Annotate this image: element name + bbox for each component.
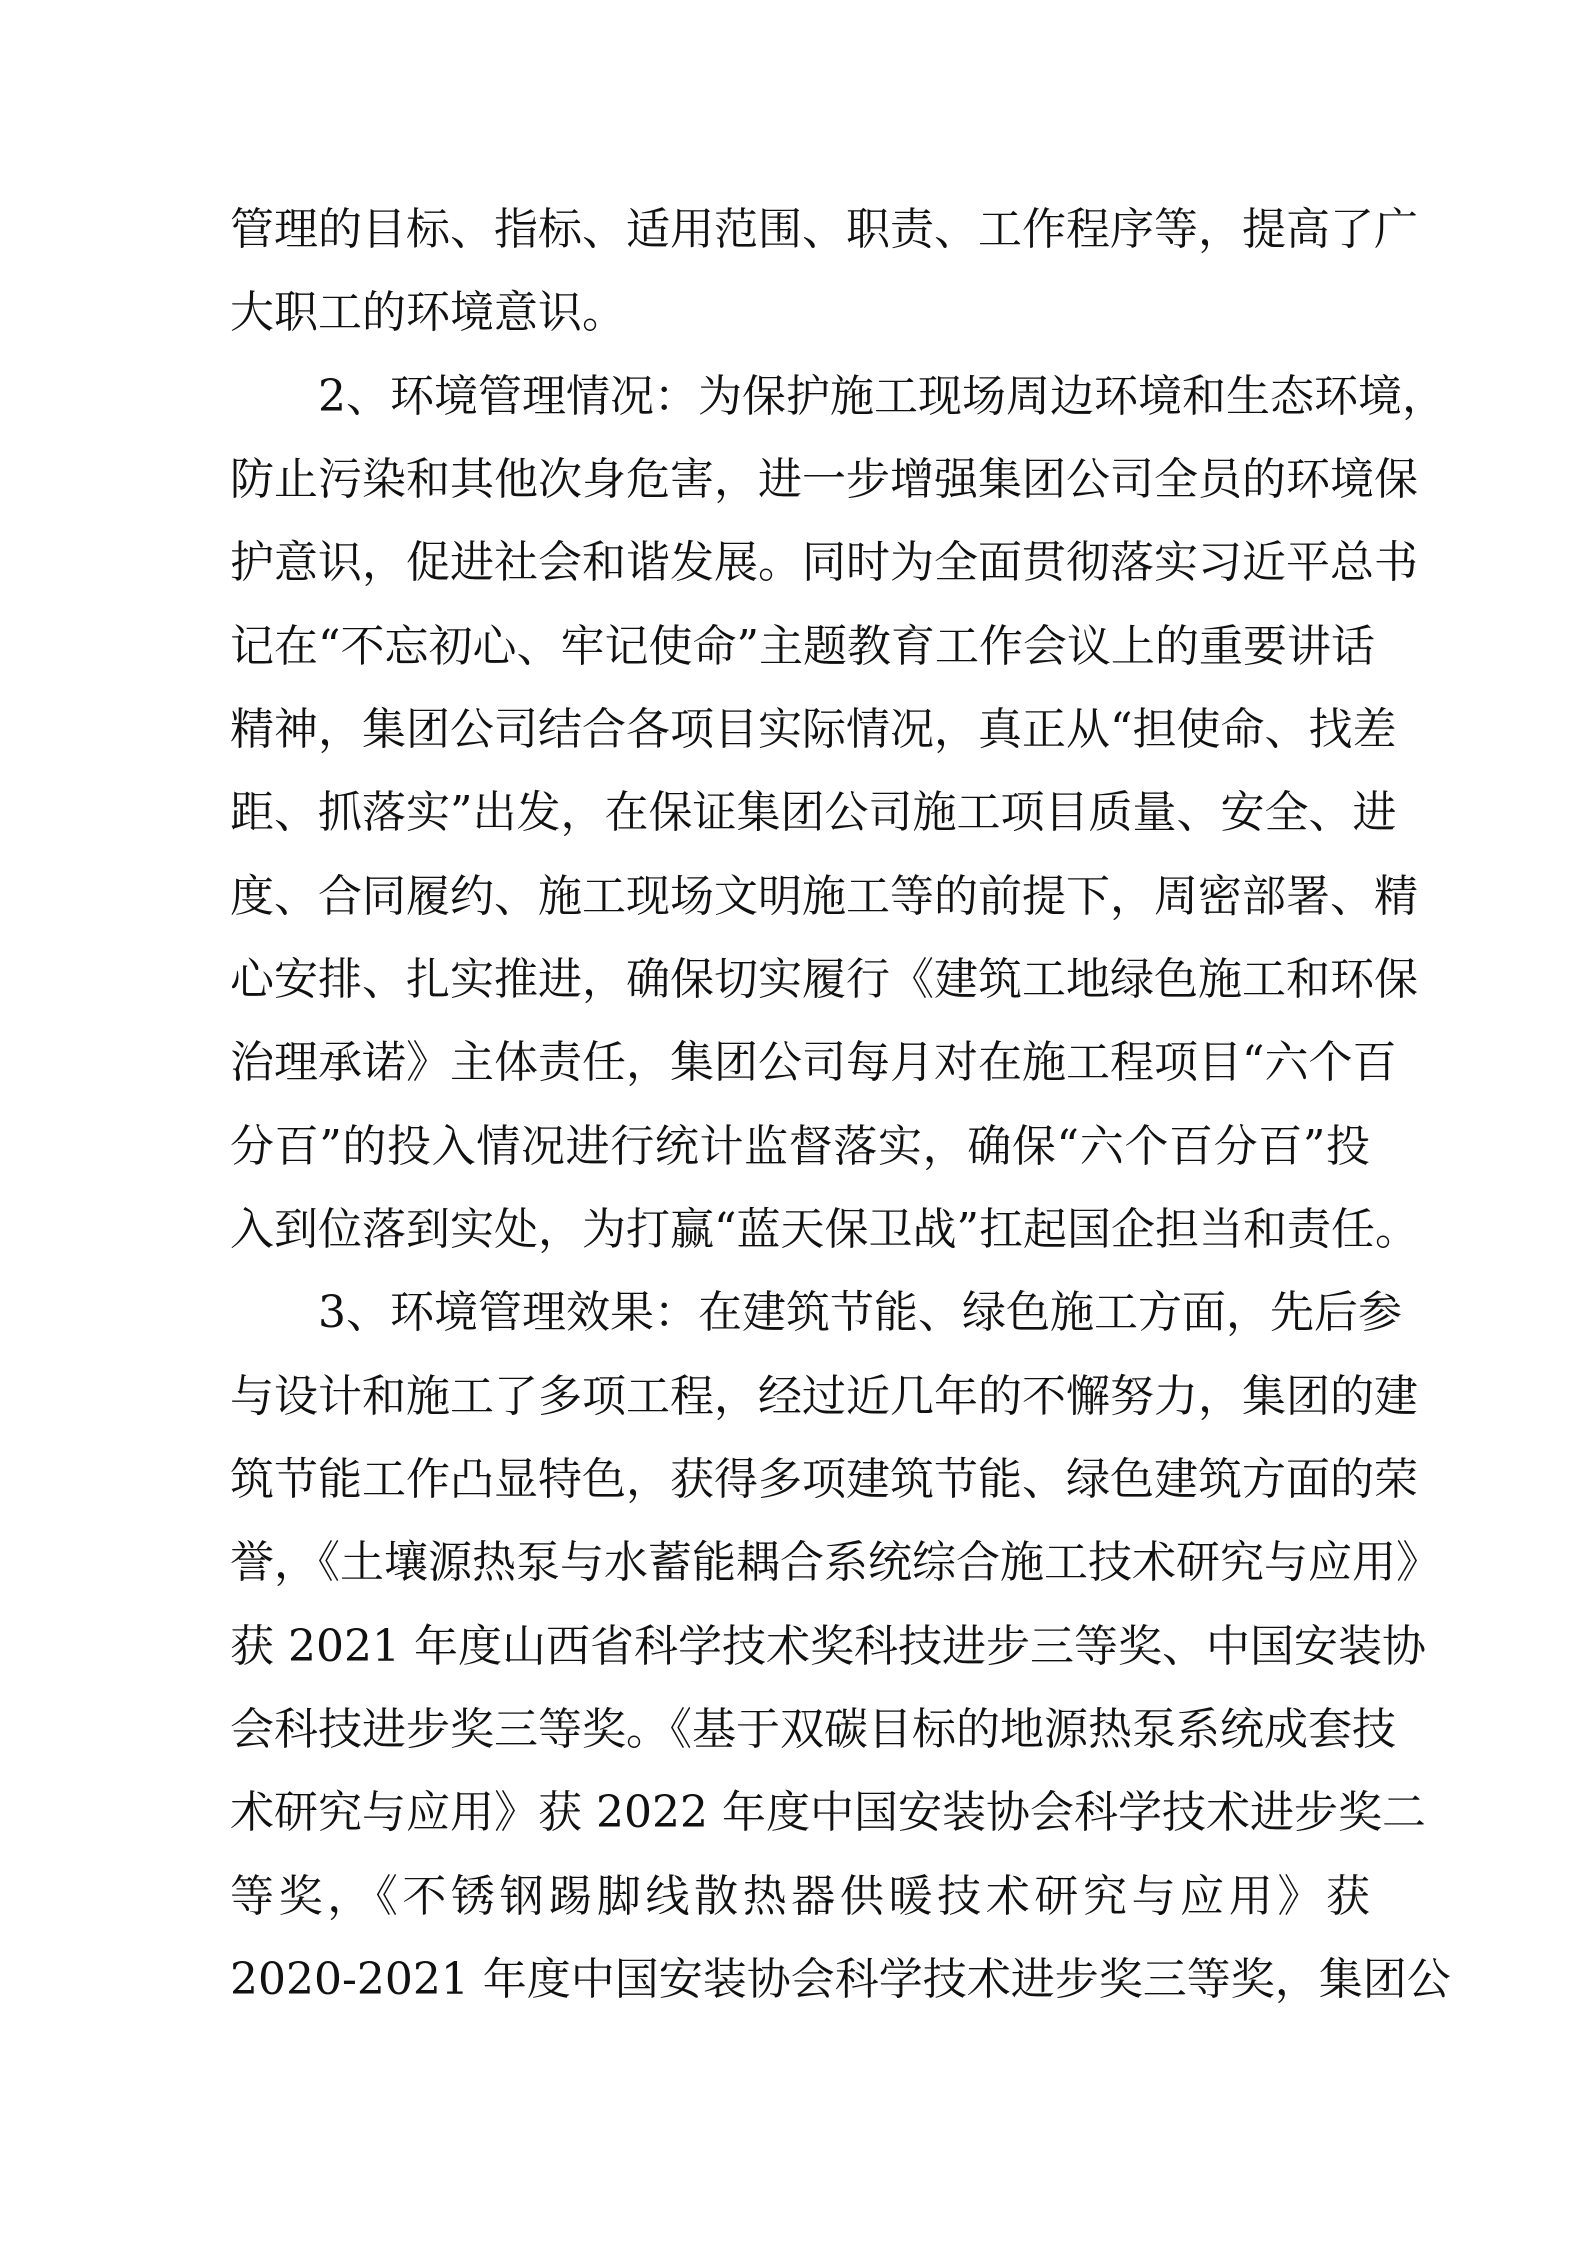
body-text: 管理的目标、指标、适用范围、职责、工作程序等，提高了广 大职工的环境意识。 2、… — [230, 188, 1370, 2021]
paragraph-2-line-5: 精神，集团公司结合各项目实际情况，真正从“担使命、找差 — [230, 688, 1370, 771]
paragraph-2-line-7: 度、合同履约、施工现场文明施工等的前提下，周密部署、精 — [230, 855, 1370, 938]
paragraph-2-line-11: 入到位落到实处，为打赢“蓝天保卫战”扛起国企担当和责任。 — [230, 1188, 1370, 1271]
document-page: 管理的目标、指标、适用范围、职责、工作程序等，提高了广 大职工的环境意识。 2、… — [0, 0, 1587, 2245]
paragraph-2-line-4: 记在“不忘初心、牢记使命”主题教育工作会议上的重要讲话 — [230, 605, 1370, 688]
paragraph-2-line-6: 距、抓落实”出发，在保证集团公司施工项目质量、安全、进 — [230, 771, 1370, 854]
paragraph-2-line-10: 分百”的投入情况进行统计监督落实，确保“六个百分百”投 — [230, 1105, 1370, 1188]
paragraph-1-line-2: 大职工的环境意识。 — [230, 271, 1370, 354]
paragraph-3-line-8: 等奖，《不锈钢踢脚线散热器供暖技术研究与应用》获 — [230, 1855, 1370, 1938]
paragraph-2-line-1: 2、环境管理情况：为保护施工现场周边环境和生态环境， — [230, 355, 1370, 438]
paragraph-3-line-4: 誉，《土壤源热泵与水蓄能耦合系统综合施工技术研究与应用》 — [230, 1521, 1370, 1604]
paragraph-2-line-8: 心安排、扎实推进，确保切实履行《建筑工地绿色施工和环保 — [230, 938, 1370, 1021]
paragraph-3-line-9: 2020-2021 年度中国安装协会科学技术进步奖三等奖，集团公 — [230, 1938, 1370, 2021]
paragraph-3-line-3: 筑节能工作凸显特色，获得多项建筑节能、绿色建筑方面的荣 — [230, 1438, 1370, 1521]
paragraph-2-line-2: 防止污染和其他次身危害，进一步增强集团公司全员的环境保 — [230, 438, 1370, 521]
paragraph-3-line-6: 会科技进步奖三等奖。《基于双碳目标的地源热泵系统成套技 — [230, 1688, 1370, 1771]
paragraph-3-line-2: 与设计和施工了多项工程，经过近几年的不懈努力，集团的建 — [230, 1355, 1370, 1438]
paragraph-1-line-1: 管理的目标、指标、适用范围、职责、工作程序等，提高了广 — [230, 188, 1370, 271]
paragraph-2-line-3: 护意识，促进社会和谐发展。同时为全面贯彻落实习近平总书 — [230, 521, 1370, 604]
paragraph-3-line-5: 获 2021 年度山西省科学技术奖科技进步三等奖、中国安装协 — [230, 1605, 1370, 1688]
paragraph-3-line-7: 术研究与应用》获 2022 年度中国安装协会科学技术进步奖二 — [230, 1771, 1370, 1854]
paragraph-3-line-1: 3、环境管理效果：在建筑节能、绿色施工方面，先后参 — [230, 1271, 1370, 1354]
paragraph-2-line-9: 治理承诺》主体责任，集团公司每月对在施工程项目“六个百 — [230, 1021, 1370, 1104]
